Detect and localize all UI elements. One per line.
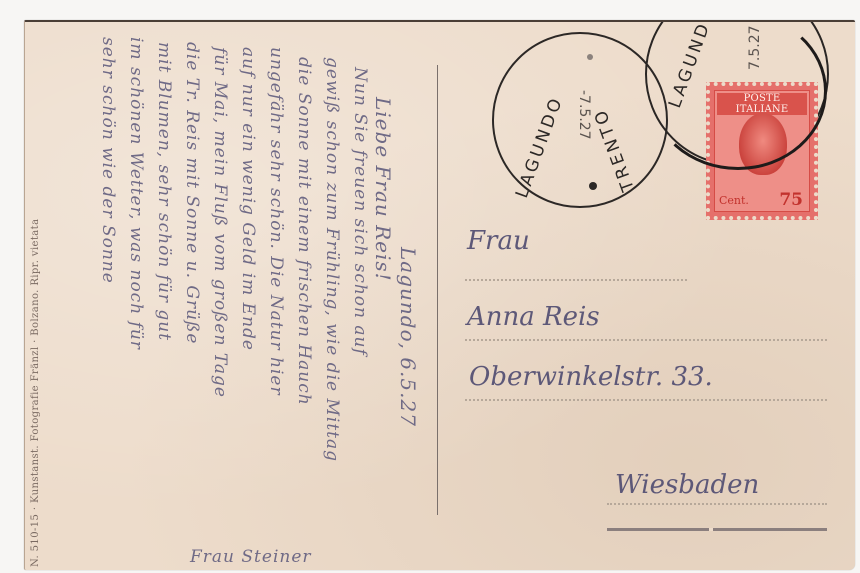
address-line-street: Oberwinkelstr. 33. <box>469 362 713 392</box>
city-underline <box>607 528 827 531</box>
message-line: sehr schön wie der Sonne <box>98 37 118 284</box>
postmark-circle: LAGUNDO TRENTO -7.5.27 <box>492 32 668 208</box>
postmark-dot <box>587 54 593 60</box>
message-line: mit Blumen, sehr schön für gut <box>154 42 174 341</box>
stamp-denomination-unit: Cent. <box>719 194 749 207</box>
address-dotted-line <box>465 338 827 341</box>
message-line: die Tr. Reis mit Sonne u. Grüße <box>182 42 202 344</box>
address-dotted-line <box>465 398 827 401</box>
address-dotted-line <box>465 278 687 281</box>
address-line-city: Wiesbaden <box>615 470 759 500</box>
publisher-imprint: N. 510-15 · Kunstanst. Fotografie Fränzl… <box>30 219 41 567</box>
handwritten-message: Lagundo, 6.5.27 Liebe Frau Reis! Nun Sie… <box>50 27 435 567</box>
message-line: im schönen Wetter, was noch für <box>126 37 146 350</box>
vertical-divider <box>437 65 438 515</box>
postmark-region: TRENTO <box>590 105 639 194</box>
message-line: auf nur ein wenig Geld im Ende <box>238 47 258 351</box>
message-salutation: Liebe Frau Reis! <box>371 97 395 282</box>
message-line: Nun Sie freuen sich schon auf <box>350 67 370 356</box>
message-line: für Mai, mein Fluß vom großen Tage <box>210 47 230 398</box>
message-signature: Frau Steiner <box>190 547 312 567</box>
stamp-denomination-value: 75 <box>779 190 803 210</box>
address-dotted-line <box>607 502 827 505</box>
address-line-salutation: Frau <box>467 226 530 256</box>
postmark-dot <box>589 182 597 190</box>
message-place-date: Lagundo, 6.5.27 <box>396 247 420 427</box>
message-line: gewiß schon zum Frühling, wie die Mittag <box>322 57 342 462</box>
postcard-back: N. 510-15 · Kunstanst. Fotografie Fränzl… <box>24 20 855 570</box>
postmark-date: -7.5.27 <box>576 90 592 140</box>
message-line: die Sonne mit einem frischen Hauch <box>294 57 314 406</box>
address-line-name: Anna Reis <box>467 302 600 332</box>
message-line: ungefähr sehr schön. Die Natur hier <box>266 47 286 396</box>
postmark-place: LAGUNDO <box>512 93 567 200</box>
